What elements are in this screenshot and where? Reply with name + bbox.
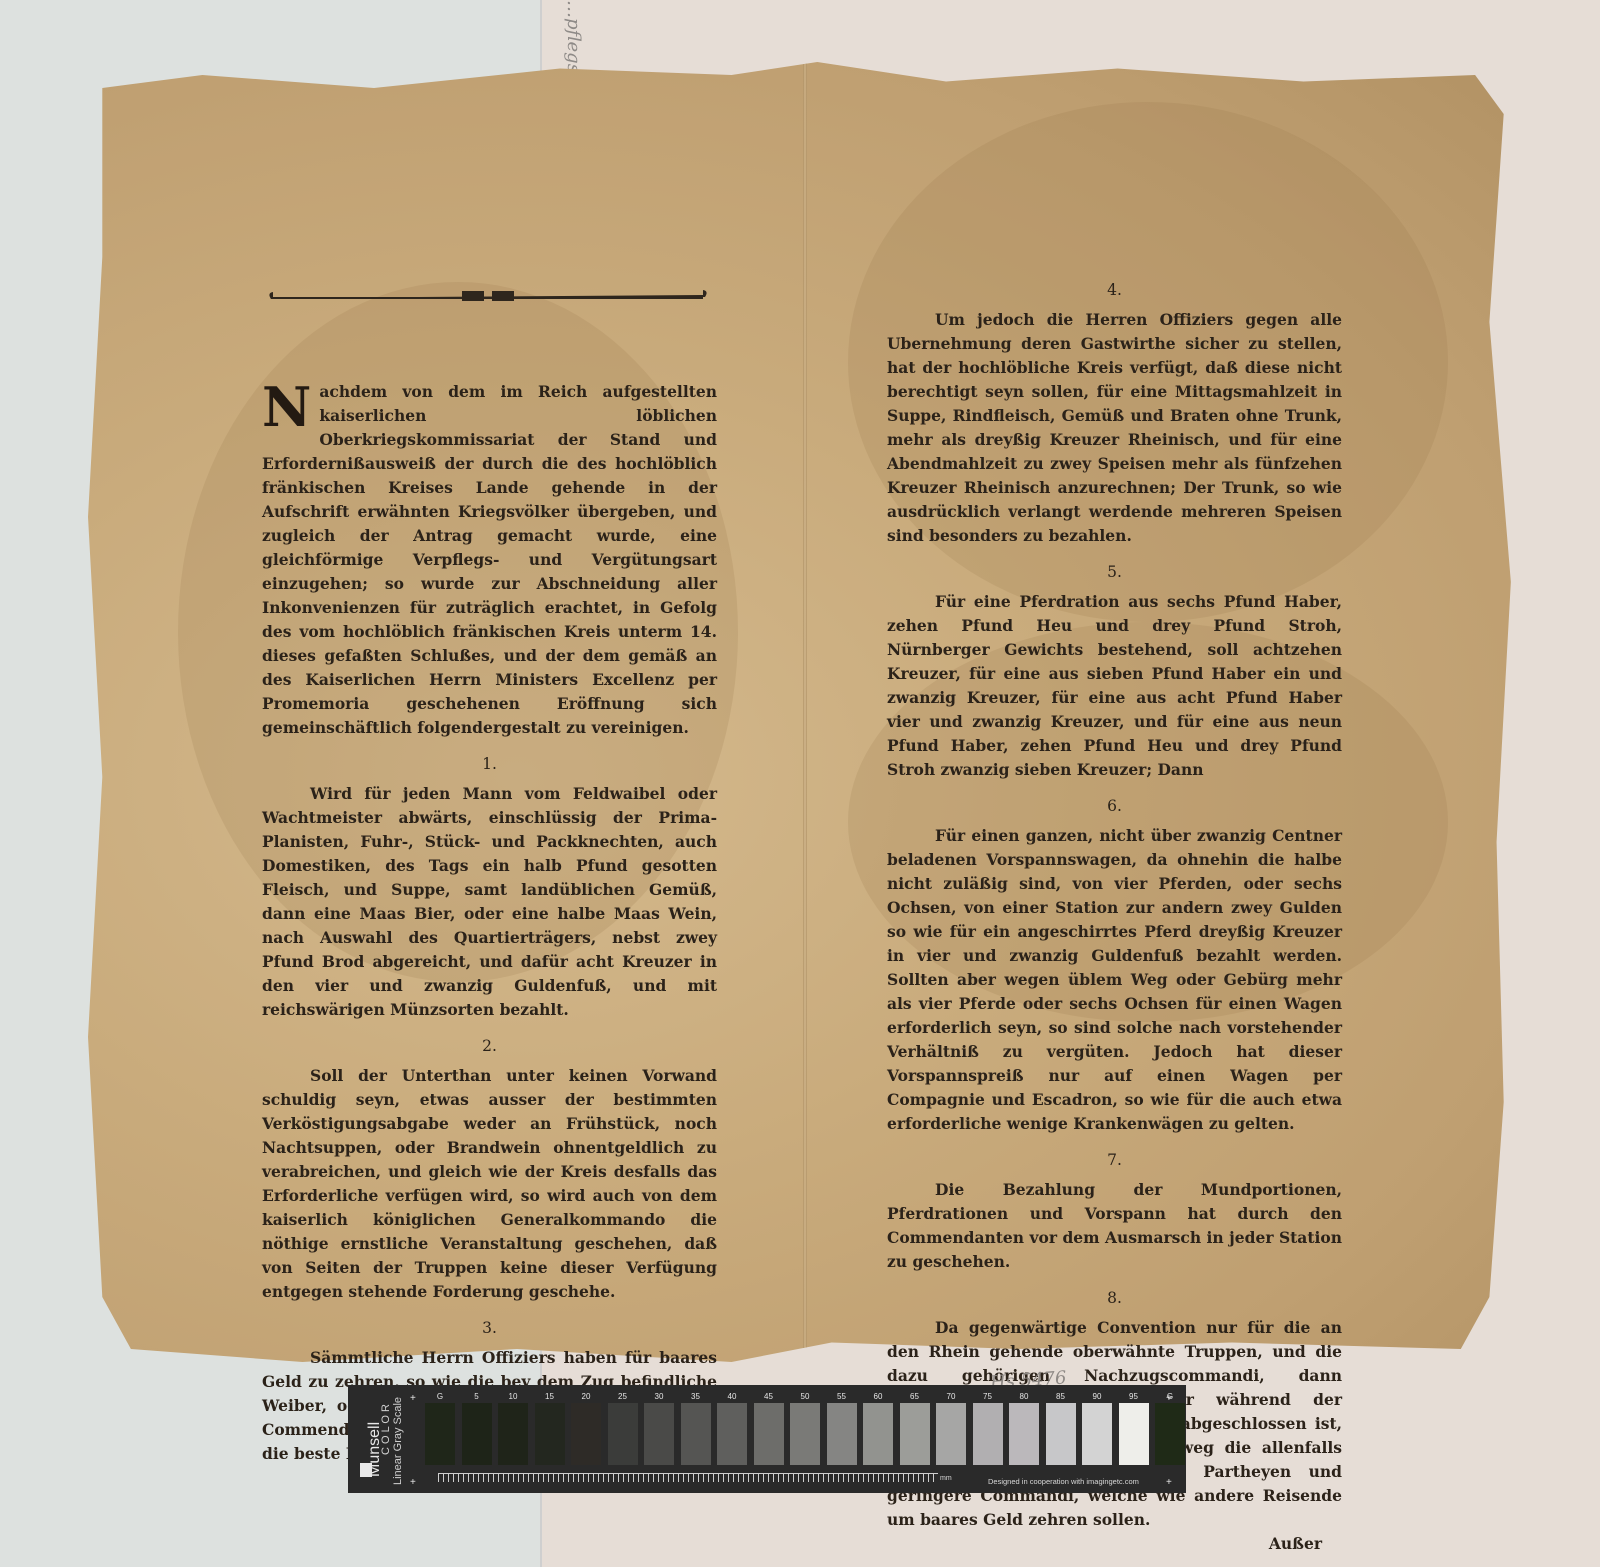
section-text: Die Bezahlung der Mundportionen, Pferdra… <box>887 1178 1342 1274</box>
section-number: 6. <box>887 794 1342 818</box>
catchword: Außer <box>887 1532 1342 1556</box>
section-text: Für einen ganzen, nicht über zwanzig Cen… <box>887 824 1342 1136</box>
left-page: Nachdem von dem im Reich aufgestellten k… <box>262 380 717 1466</box>
patch-swatch <box>900 1403 930 1465</box>
gray-patch: 85 <box>1043 1391 1079 1465</box>
patch-label: 10 <box>509 1391 518 1403</box>
section-text: Soll der Unterthan unter keinen Vorwand … <box>262 1064 717 1304</box>
gray-patch: 60 <box>860 1391 896 1465</box>
section-text: Für eine Pferdration aus sechs Pfund Hab… <box>887 590 1342 782</box>
patch-label: 70 <box>947 1391 956 1403</box>
patch-label: G <box>437 1391 443 1403</box>
brand-subtitle: C O L O R <box>380 1404 392 1455</box>
patch-swatch <box>535 1403 565 1465</box>
patch-label: 55 <box>837 1391 846 1403</box>
gray-patch: 95 <box>1116 1391 1152 1465</box>
patch-swatch <box>571 1403 601 1465</box>
gray-patch: 80 <box>1006 1391 1042 1465</box>
patch-swatch <box>498 1403 528 1465</box>
intro-paragraph: Nachdem von dem im Reich aufgestellten k… <box>262 380 717 740</box>
patch-label: 85 <box>1056 1391 1065 1403</box>
gray-patch: G <box>1152 1391 1188 1465</box>
patch-label: 25 <box>618 1391 627 1403</box>
section-number: 5. <box>887 560 1342 584</box>
patch-label: G <box>1167 1391 1173 1403</box>
patch-label: 35 <box>691 1391 700 1403</box>
gray-patch: 75 <box>970 1391 1006 1465</box>
section-number: 2. <box>262 1034 717 1058</box>
patch-label: 65 <box>910 1391 919 1403</box>
gray-patch: 30 <box>641 1391 677 1465</box>
section-number: 4. <box>887 278 1342 302</box>
registration-mark: + <box>1166 1477 1172 1488</box>
ruler-unit: mm <box>940 1475 952 1482</box>
patch-swatch <box>1155 1403 1185 1465</box>
gray-patches: G5101520253035404550556065707580859095G <box>422 1391 1189 1465</box>
patch-swatch <box>863 1403 893 1465</box>
patch-swatch <box>1009 1403 1039 1465</box>
gray-patch: G <box>422 1391 458 1465</box>
gray-patch: 55 <box>824 1391 860 1465</box>
gray-patch: 40 <box>714 1391 750 1465</box>
patch-swatch <box>936 1403 966 1465</box>
patch-label: 75 <box>983 1391 992 1403</box>
patch-swatch <box>608 1403 638 1465</box>
intro-text: achdem von dem im Reich aufgestellten ka… <box>262 382 717 737</box>
gray-patch: 50 <box>787 1391 823 1465</box>
gray-patch: 20 <box>568 1391 604 1465</box>
patch-swatch <box>681 1403 711 1465</box>
patch-label: 15 <box>545 1391 554 1403</box>
drop-cap: N <box>262 384 311 430</box>
section-number: 8. <box>887 1286 1342 1310</box>
patch-swatch <box>717 1403 747 1465</box>
patch-swatch <box>425 1403 455 1465</box>
patch-swatch <box>1119 1403 1149 1465</box>
ornamental-rule <box>267 289 709 303</box>
section-number: 7. <box>887 1148 1342 1172</box>
right-page: 4. Um jedoch die Herren Offiziers gegen … <box>887 278 1342 1556</box>
patch-label: 45 <box>764 1391 773 1403</box>
patch-label: 40 <box>728 1391 737 1403</box>
mm-ruler <box>438 1473 938 1482</box>
registration-mark: + <box>410 1477 416 1488</box>
patch-swatch <box>644 1403 674 1465</box>
patch-swatch <box>973 1403 1003 1465</box>
patch-label: 95 <box>1129 1391 1138 1403</box>
patch-label: 60 <box>874 1391 883 1403</box>
patch-label: 20 <box>582 1391 591 1403</box>
patch-swatch <box>827 1403 857 1465</box>
patch-swatch <box>1082 1403 1112 1465</box>
gray-patch: 25 <box>605 1391 641 1465</box>
gray-patch: 70 <box>933 1391 969 1465</box>
gray-patch: 35 <box>678 1391 714 1465</box>
section-text: Wird für jeden Mann vom Feldwaibel oder … <box>262 782 717 1022</box>
color-calibration-card: Munsell C O L O R Linear Gray Scale + + … <box>348 1385 1186 1493</box>
patch-label: 90 <box>1093 1391 1102 1403</box>
gray-patch: 65 <box>897 1391 933 1465</box>
gray-patch: 90 <box>1079 1391 1115 1465</box>
section-number: 1. <box>262 752 717 776</box>
credit-line: Designed in cooperation with imagingetc.… <box>988 1477 1139 1486</box>
patch-swatch <box>1046 1403 1076 1465</box>
patch-label: 30 <box>655 1391 664 1403</box>
patch-label: 5 <box>474 1391 478 1403</box>
gray-patch: 15 <box>532 1391 568 1465</box>
patch-label: 50 <box>801 1391 810 1403</box>
section-number: 3. <box>262 1316 717 1340</box>
patch-swatch <box>754 1403 784 1465</box>
patch-swatch <box>790 1403 820 1465</box>
scale-title: Linear Gray Scale <box>392 1397 404 1485</box>
gray-patch: 5 <box>459 1391 495 1465</box>
patch-swatch <box>462 1403 492 1465</box>
gray-patch: 45 <box>751 1391 787 1465</box>
registration-mark: + <box>410 1393 416 1404</box>
patch-label: 80 <box>1020 1391 1029 1403</box>
gray-patch: 10 <box>495 1391 531 1465</box>
section-text: Um jedoch die Herren Offiziers gegen all… <box>887 308 1342 548</box>
